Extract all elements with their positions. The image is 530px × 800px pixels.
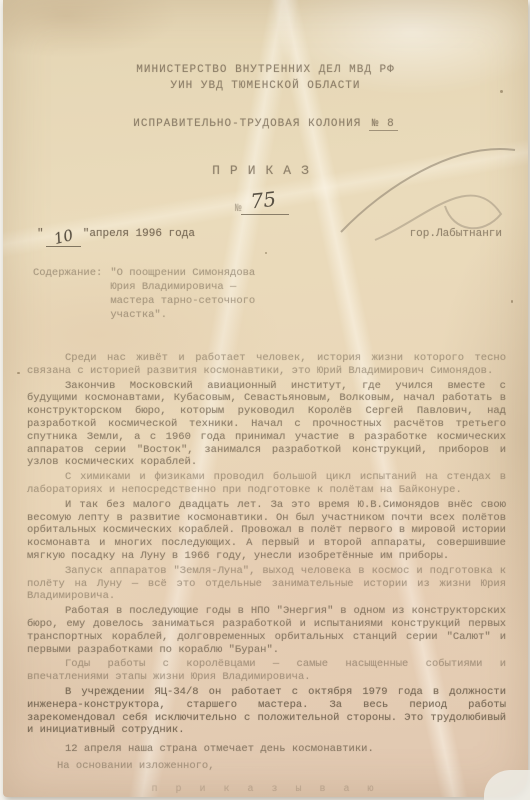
handwritten-order-number: 75	[250, 187, 278, 214]
header-line-region: УИН УВД ТЮМЕНСКОЙ ОБЛАСТИ	[3, 80, 528, 92]
subject-text: "О поощрении Симонядова Юрия Владимирови…	[110, 266, 255, 322]
number-underline	[241, 214, 289, 215]
subject-line: мастера тарно-сеточного	[110, 294, 255, 308]
subject-line: Юрия Владимировича —	[110, 280, 255, 294]
handwritten-day: 10	[52, 226, 75, 248]
handwritten-day-underline: 10	[46, 228, 81, 247]
colony-name: ИСПРАВИТЕЛЬНО-ТРУДОВАЯ КОЛОНИЯ	[133, 118, 361, 130]
order-number: № 75	[235, 192, 355, 215]
date-text: апреля 1996 года	[89, 228, 195, 247]
subject-line: участка".	[110, 308, 255, 322]
subject-label: Содержание:	[33, 266, 102, 322]
paragraph: С химиками и физиками проводил большой ц…	[27, 471, 506, 497]
closing-line: 12 апреля наша страна отмечает день косм…	[27, 743, 506, 756]
date-line: " 10 " апреля 1996 года гор.Лабытнанги	[37, 228, 502, 247]
date-open-quote: "	[37, 228, 44, 247]
number-sign: №	[235, 203, 242, 215]
paragraph: Запуск аппаратов "Земля-Луна", выход чел…	[27, 565, 506, 603]
paragraph: Закончив Московский авиационный институт…	[27, 380, 506, 470]
page-paper: МИНИСТЕРСТВО ВНУТРЕННИХ ДЕЛ МВД РФ УИН У…	[3, 0, 528, 797]
paragraph: В учреждении ЯЦ-34/8 он работает с октяб…	[27, 686, 506, 737]
paragraph: Среди нас живёт и работает человек, исто…	[27, 352, 506, 378]
closing-line: На основании изложенного,	[27, 760, 506, 773]
paragraph: И так без малого двадцать лет. За это вр…	[27, 499, 506, 563]
place-name: гор.Лабытнанги	[410, 228, 502, 247]
order-title: ПРИКАЗ	[3, 163, 528, 178]
scanned-document: МИНИСТЕРСТВО ВНУТРЕННИХ ДЕЛ МВД РФ УИН У…	[0, 0, 530, 800]
paragraph: Годы работы с королёвцами — самые насыще…	[27, 658, 506, 684]
paragraph: Работая в последующие годы в НПО "Энерги…	[27, 605, 506, 656]
subject-line: "О поощрении Симонядова	[110, 266, 255, 280]
order-body: Среди нас живёт и работает человек, исто…	[27, 352, 506, 775]
subject-block: Содержание: "О поощрении Симонядова Юрия…	[33, 266, 255, 322]
cutoff-line-prikazyvayu: п р и к а з ы в а ю	[3, 784, 528, 795]
header-line-ministry: МИНИСТЕРСТВО ВНУТРЕННИХ ДЕЛ МВД РФ	[3, 64, 528, 76]
